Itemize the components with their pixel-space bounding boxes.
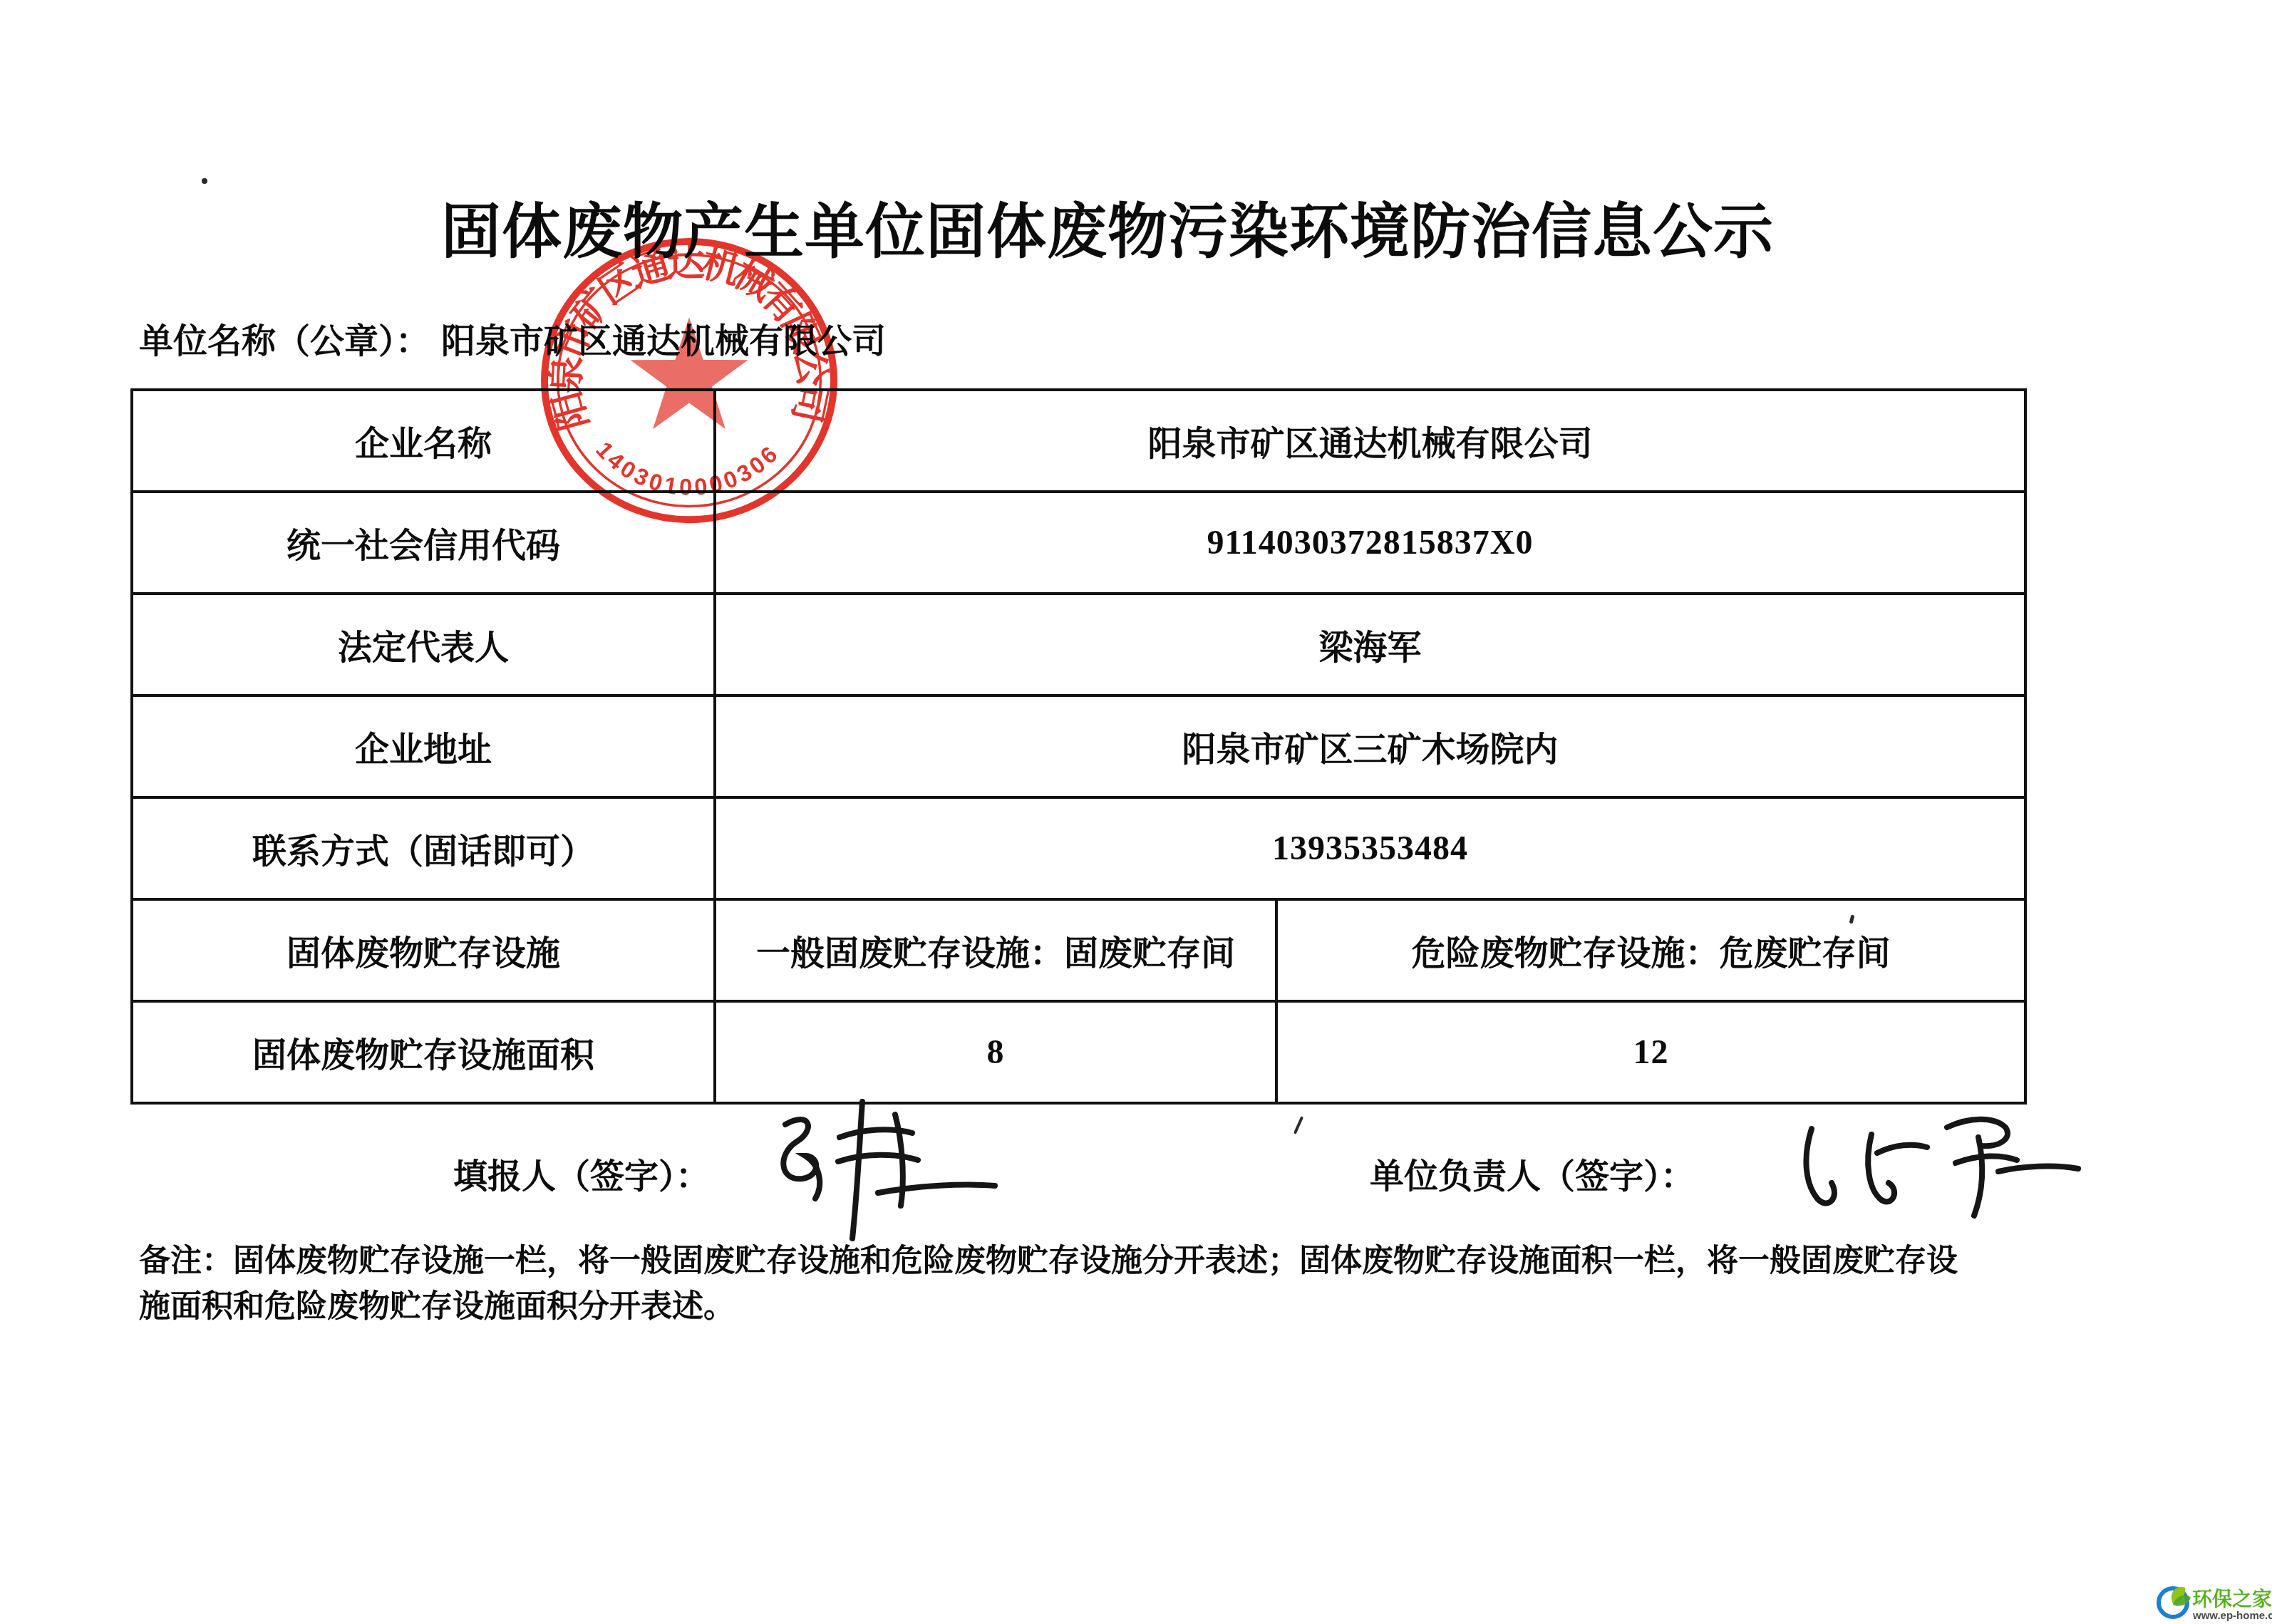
handwritten-signature-head [1787,1109,2094,1230]
stamp-star [631,317,748,429]
table-row-credit-code: 统一社会信用代码 9114030372815837X0 [132,492,2025,594]
cell-label: 固体废物贮存设施 [132,899,715,1001]
watermark-name: 环保之家 [2192,1588,2272,1610]
cell-label: 企业地址 [132,695,715,797]
cell-general-facility: 一般固废贮存设施：固废贮存间 [715,899,1276,1001]
scanned-document-page: 固体废物产生单位固体废物污染环境防治信息公示 单位名称（公章）： 阳泉市矿区通达… [0,0,2272,1624]
remark-line-1: 备注：固体废物贮存设施一栏，将一般固废贮存设施和危险废物贮存设施分开表述；固体废… [139,1238,2134,1284]
table-row-enterprise-name: 企业名称 阳泉市矿区通达机械有限公司 [132,390,2025,492]
cell-value: 阳泉市矿区通达机械有限公司 [715,390,2025,492]
table-row-legal-representative: 法定代表人 梁海军 [132,594,2025,695]
cell-hazard-facility: 危险废物贮存设施：危废贮存间 [1276,899,2025,1001]
cell-label: 固体废物贮存设施面积 [132,1001,715,1103]
company-seal-stamp: 阳泉市矿区通达机械有限公司 1403010000306 [537,235,846,530]
remark-line-2: 施面积和危险废物贮存设施面积分开表述。 [139,1284,2134,1330]
info-table: 企业名称 阳泉市矿区通达机械有限公司 统一社会信用代码 911403037281… [130,388,2027,1105]
filler-signature-label: 填报人（签字）： [453,1149,710,1198]
unit-name-label: 单位名称（公章）： [139,314,430,363]
cell-general-area: 8 [715,1001,1276,1103]
table-row-contact: 联系方式（固话即可） 13935353484 [132,797,2025,899]
scan-speck [1294,1116,1303,1134]
head-signature-label: 单位负责人（签字）： [1370,1149,1695,1198]
watermark-url: www.ep-home.cn [2192,1610,2272,1622]
cell-value: 9114030372815837X0 [715,492,2025,594]
cell-value: 13935353484 [715,797,2025,899]
cell-label: 法定代表人 [132,594,715,695]
table-row-storage-facility: 固体废物贮存设施 一般固废贮存设施：固废贮存间 危险废物贮存设施：危废贮存间 [132,899,2025,1001]
cell-label: 联系方式（固话即可） [132,797,715,899]
ep-home-watermark: 环保之家 www.ep-home.cn [2155,1582,2272,1622]
cell-value: 阳泉市矿区三矿木场院内 [715,695,2025,797]
handwritten-signature-filler [755,1099,1041,1248]
table-row-address: 企业地址 阳泉市矿区三矿木场院内 [132,695,2025,797]
scan-speck [202,178,207,184]
table-row-storage-area: 固体废物贮存设施面积 8 12 [132,1001,2025,1103]
cell-hazard-area: 12 [1276,1001,2025,1103]
remark-note: 备注：固体废物贮存设施一栏，将一般固废贮存设施和危险废物贮存设施分开表述；固体废… [139,1238,2134,1330]
page-title: 固体废物产生单位固体废物污染环境防治信息公示 [0,184,2243,270]
cell-value: 梁海军 [715,594,2025,695]
